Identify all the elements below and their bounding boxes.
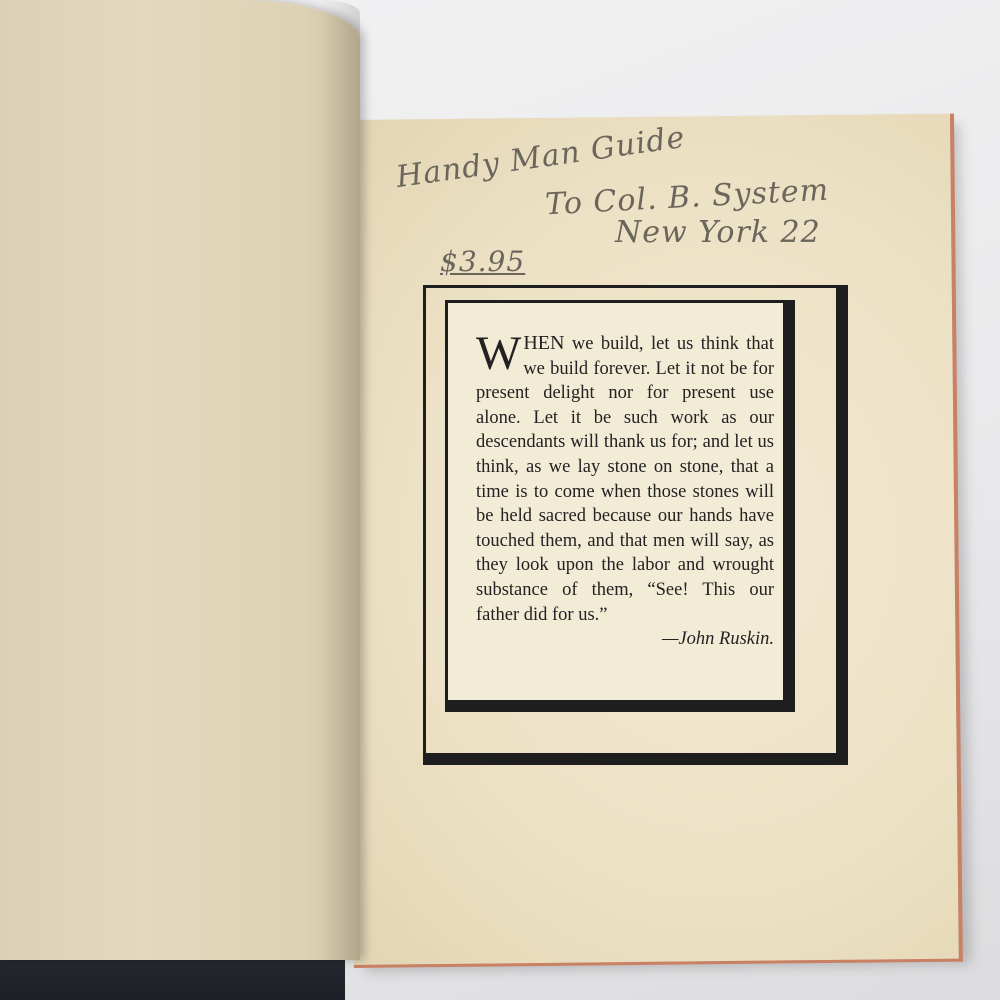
- handwriting-line-3: New York 22: [615, 215, 821, 250]
- handwritten-price: $3.95: [440, 245, 525, 278]
- left-page: [0, 0, 360, 960]
- quote-frame-inner: WHEN we build, let us think that we buil…: [445, 300, 795, 712]
- dropcap: W: [476, 335, 521, 373]
- quote-text: WHEN we build, let us think that we buil…: [476, 331, 774, 627]
- quote-attribution: —John Ruskin.: [476, 629, 774, 650]
- quote-lead: HEN: [523, 332, 564, 354]
